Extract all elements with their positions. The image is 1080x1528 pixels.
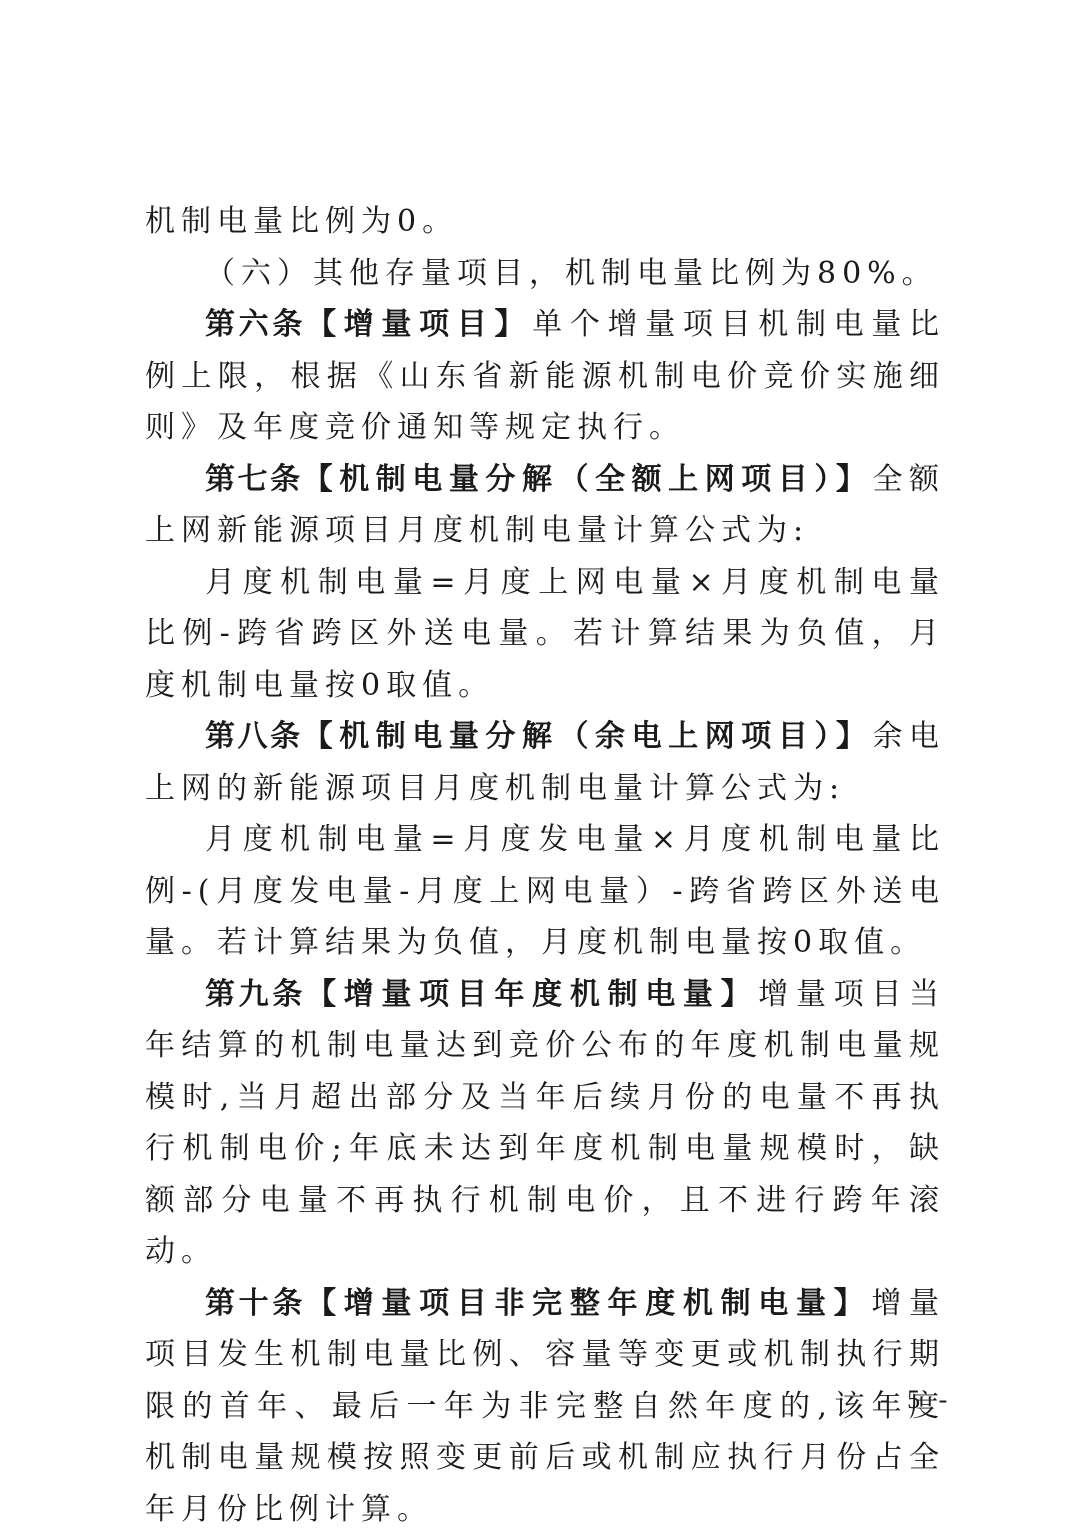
paragraph-continuation: 机制电量比例为0。 bbox=[145, 196, 945, 248]
article-heading: 【机制电量分解（全额上网项目）】 bbox=[303, 462, 873, 497]
page-number: - 5 - bbox=[880, 1385, 953, 1415]
paragraph-text: 机制电量比例为0。 bbox=[145, 204, 458, 239]
article-heading: 【机制电量分解（余电上网项目）】 bbox=[303, 719, 873, 754]
document-body: 机制电量比例为0。 （六）其他存量项目，机制电量比例为80%。 第六条【增量项目… bbox=[145, 196, 945, 1528]
formula-surplus-grid: 月度机制电量=月度发电量×月度机制电量比例-(月度发电量-月度上网电量）-跨省跨… bbox=[145, 814, 945, 969]
article-number: 第八条 bbox=[205, 719, 303, 754]
article-number: 第十条 bbox=[205, 1286, 306, 1321]
formula-text: 月度机制电量=月度发电量×月度机制电量比例-(月度发电量-月度上网电量）-跨省跨… bbox=[145, 822, 945, 960]
formula-text: 月度机制电量=月度上网电量×月度机制电量比例-跨省跨区外送电量。若计算结果为负值… bbox=[145, 565, 945, 703]
article-heading: 【增量项目】 bbox=[306, 307, 532, 342]
article-text: 增量项目当年结算的机制电量达到竞价公布的年度机制电量规模时,当月超出部分及当年后… bbox=[145, 977, 945, 1270]
article-nine: 第九条【增量项目年度机制电量】增量项目当年结算的机制电量达到竞价公布的年度机制电… bbox=[145, 969, 945, 1278]
paragraph-text: （六）其他存量项目，机制电量比例为80%。 bbox=[205, 256, 938, 291]
article-text: 增量项目发生机制电量比例、容量等变更或机制执行期限的首年、最后一年为非完整自然年… bbox=[145, 1286, 945, 1527]
article-number: 第七条 bbox=[205, 462, 303, 497]
document-page: 机制电量比例为0。 （六）其他存量项目，机制电量比例为80%。 第六条【增量项目… bbox=[0, 0, 1080, 1528]
article-number: 第九条 bbox=[205, 977, 306, 1012]
article-seven: 第七条【机制电量分解（全额上网项目）】全额上网新能源项目月度机制电量计算公式为: bbox=[145, 454, 945, 557]
formula-full-grid: 月度机制电量=月度上网电量×月度机制电量比例-跨省跨区外送电量。若计算结果为负值… bbox=[145, 557, 945, 712]
article-six: 第六条【增量项目】单个增量项目机制电量比例上限，根据《山东省新能源机制电价竞价实… bbox=[145, 299, 945, 454]
article-ten: 第十条【增量项目非完整年度机制电量】增量项目发生机制电量比例、容量等变更或机制执… bbox=[145, 1278, 945, 1528]
article-heading: 【增量项目非完整年度机制电量】 bbox=[306, 1286, 871, 1321]
article-heading: 【增量项目年度机制电量】 bbox=[306, 977, 758, 1012]
article-number: 第六条 bbox=[205, 307, 306, 342]
paragraph-item-six: （六）其他存量项目，机制电量比例为80%。 bbox=[145, 248, 945, 300]
article-eight: 第八条【机制电量分解（余电上网项目）】余电上网的新能源项目月度机制电量计算公式为… bbox=[145, 711, 945, 814]
